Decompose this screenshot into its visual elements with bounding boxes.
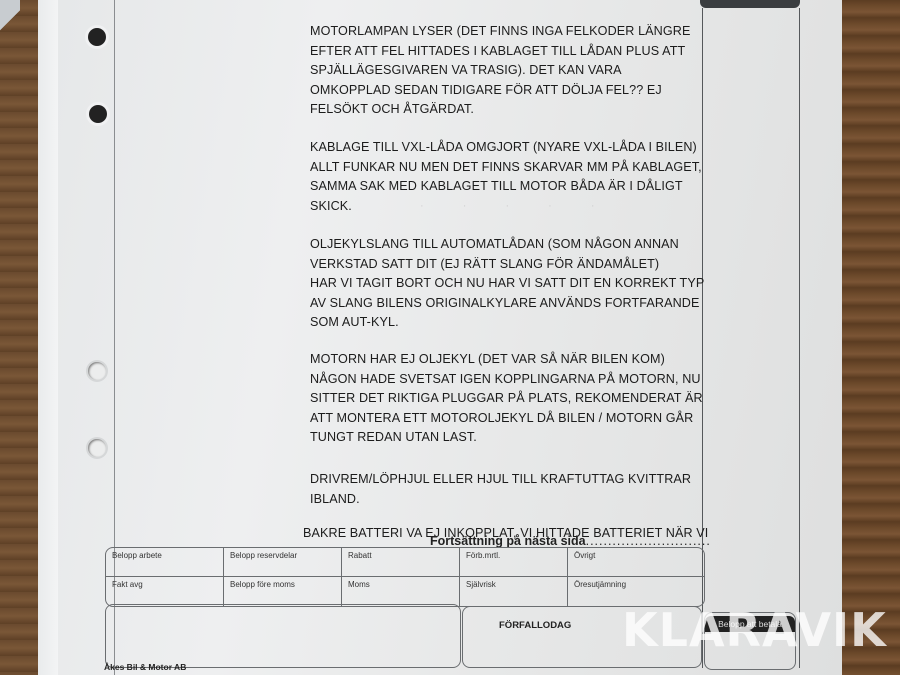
text-line: EFTER ATT FEL HITTADES I KABLAGET TILL L… [310, 42, 730, 62]
text-line: SITTER DET RIKTIGA PLUGGAR PÅ PLATS, REK… [310, 389, 730, 409]
field-moms: Moms [342, 577, 460, 606]
paragraph-engine-light: MOTORLAMPAN LYSER (DET FINNS INGA FELKOD… [310, 22, 730, 120]
continuation-note: Fortsättning på nästa sida..............… [430, 534, 711, 548]
field-belopp-arbete: Belopp arbete [106, 548, 224, 577]
wood-background-right [840, 0, 900, 675]
punch-hole [89, 105, 107, 123]
background-corner [0, 0, 20, 40]
invoice-totals-grid: Belopp arbete Belopp reservdelar Rabatt … [105, 547, 705, 607]
punch-hole-reinforced [88, 439, 106, 457]
notes-box [105, 604, 461, 668]
field-belopp-fore-moms: Belopp före moms [224, 577, 342, 606]
text-line: DRIVREM/LÖPHJUL ELLER HJUL TILL KRAFTUTT… [310, 470, 730, 490]
text-line: TUNGT REDAN UTAN LAST. [310, 428, 730, 448]
text-line: SPJÄLLÄGESGIVAREN VA TRASIG). DET KAN VA… [310, 61, 730, 81]
field-sjalvrisk: Självrisk [460, 577, 568, 606]
text-line: KABLAGE TILL VXL-LÅDA OMGJORT (NYARE VXL… [310, 138, 730, 158]
field-oresutjamning: Öresutjämning [568, 577, 704, 606]
text-line: AV SLANG BILENS ORIGINALKYLARE ANVÄNDS F… [310, 294, 730, 314]
watermark-logo: KLARAVIK [622, 603, 887, 657]
company-name: Åkes Bil & Motor AB [104, 662, 186, 672]
due-date-label: FÖRFALLODAG [499, 620, 571, 631]
field-ovrigt: Övrigt [568, 548, 704, 577]
text-line: MOTORLAMPAN LYSER (DET FINNS INGA FELKOD… [310, 22, 730, 42]
text-line: MOTORN HAR EJ OLJEKYL (DET VAR SÅ NÄR BI… [310, 350, 730, 370]
paragraph-engine-oil-cooler: MOTORN HAR EJ OLJEKYL (DET VAR SÅ NÄR BI… [310, 350, 730, 448]
text-line: OLJEKYLSLANG TILL AUTOMATLÅDAN (SOM NÅGO… [310, 235, 730, 255]
text-line: OMKOPPLAD SEDAN TIDIGARE FÖR ATT DÖLJA F… [310, 81, 730, 101]
continuation-text: Fortsättning på nästa sida [430, 534, 586, 548]
header-bar [700, 0, 800, 8]
field-rabatt: Rabatt [342, 548, 460, 577]
punch-hole-reinforced [88, 362, 106, 380]
text-line: ATT MONTERA ETT MOTOROLJEKYL DÅ BILEN / … [310, 409, 730, 429]
paragraph-gearbox-wiring: KABLAGE TILL VXL-LÅDA OMGJORT (NYARE VXL… [310, 138, 730, 216]
field-fakt-avg: Fakt avg [106, 577, 224, 606]
paragraph-drive-belt: DRIVREM/LÖPHJUL ELLER HJUL TILL KRAFTUTT… [310, 470, 730, 509]
text-line: FELSÖKT OCH ÅTGÄRDAT. [310, 100, 730, 120]
continuation-dots: ............................ [586, 534, 711, 548]
text-line: SOM AUT-KYL. [310, 313, 730, 333]
field-belopp-reservdelar: Belopp reservdelar [224, 548, 342, 577]
text-line: ALLT FUNKAR NU MEN DET FINNS SKARVAR MM … [310, 158, 730, 178]
text-line: SAMMA SAK MED KABLAGET TILL MOTOR BÅDA Ä… [310, 177, 730, 197]
text-line: VERKSTAD SATT DIT (EJ RÄTT SLANG FÖR ÄND… [310, 255, 730, 275]
field-forb-mrtl: Förb.mrtl. [460, 548, 568, 577]
text-line: IBLAND. [310, 490, 730, 510]
text-line: HAR VI TAGIT BORT OCH NU HAR VI SATT DIT… [310, 274, 730, 294]
text-line: SKICK. [310, 197, 730, 217]
paragraph-oil-cooler-hose: OLJEKYLSLANG TILL AUTOMATLÅDAN (SOM NÅGO… [310, 235, 730, 333]
punch-hole [88, 28, 106, 46]
text-line: NÅGON HADE SVETSAT IGEN KOPPLINGARNA PÅ … [310, 370, 730, 390]
